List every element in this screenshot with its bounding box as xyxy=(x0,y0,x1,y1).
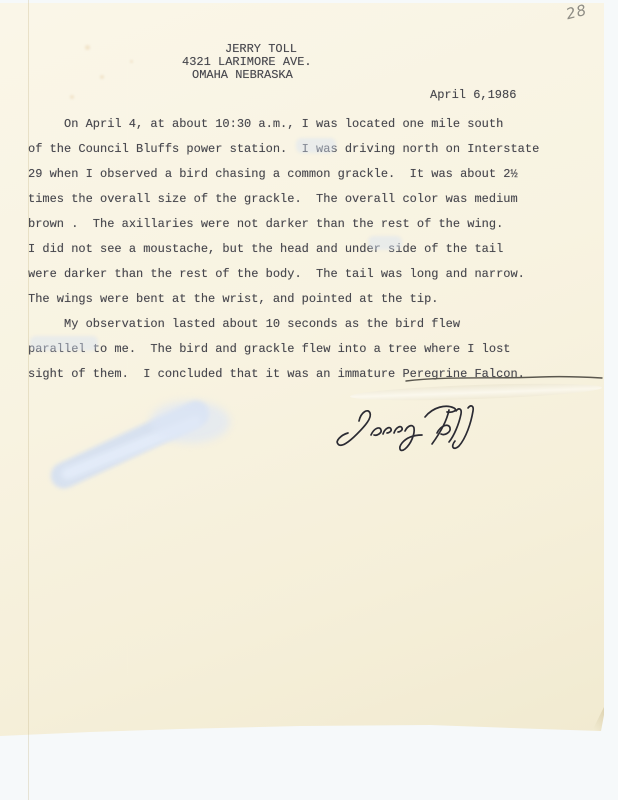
paper-stain xyxy=(100,75,104,79)
paper-corner-fold xyxy=(588,707,604,739)
body-line: On April 4, at about 10:30 a.m., I was l… xyxy=(28,112,603,137)
body-line: My observation lasted about 10 seconds a… xyxy=(28,312,603,337)
correction-fluid-smudge xyxy=(368,236,402,250)
paper-stain xyxy=(70,95,74,99)
body-line: I did not see a moustache, but the head … xyxy=(28,237,603,262)
paper-fold-line xyxy=(28,0,29,800)
page-number-annotation: 28 xyxy=(564,1,589,24)
letter-body: On April 4, at about 10:30 a.m., I was l… xyxy=(28,112,603,387)
signature-name: Jerry Toll xyxy=(0,3,1,4)
body-line: brown . The axillaries were not darker t… xyxy=(28,212,603,237)
body-line: 29 when I observed a bird chasing a comm… xyxy=(28,162,603,187)
body-line: were darker than the rest of the body. T… xyxy=(28,262,603,287)
body-line: The wings were bent at the wrist, and po… xyxy=(28,287,603,312)
correction-fluid-smudge xyxy=(296,138,336,153)
letter-date: April 6,1986 xyxy=(430,89,516,102)
letterhead: JERRY TOLL 4321 LARIMORE AVE. OMAHA NEBR… xyxy=(182,43,312,82)
body-line: parallel to me. The bird and grackle fle… xyxy=(28,337,603,362)
correction-fluid-smudge xyxy=(150,401,230,443)
signature-handwriting xyxy=(325,395,485,457)
correction-fluid-smudge xyxy=(30,336,98,351)
paper-stain xyxy=(85,45,90,50)
handwritten-underline xyxy=(400,372,610,386)
sender-city: OMAHA NEBRASKA xyxy=(192,69,312,82)
scanned-letter: 28 JERRY TOLL 4321 LARIMORE AVE. OMAHA N… xyxy=(0,0,618,800)
letter-paper: 28 JERRY TOLL 4321 LARIMORE AVE. OMAHA N… xyxy=(0,3,604,745)
body-line: times the overall size of the grackle. T… xyxy=(28,187,603,212)
paper-stain xyxy=(130,60,133,63)
